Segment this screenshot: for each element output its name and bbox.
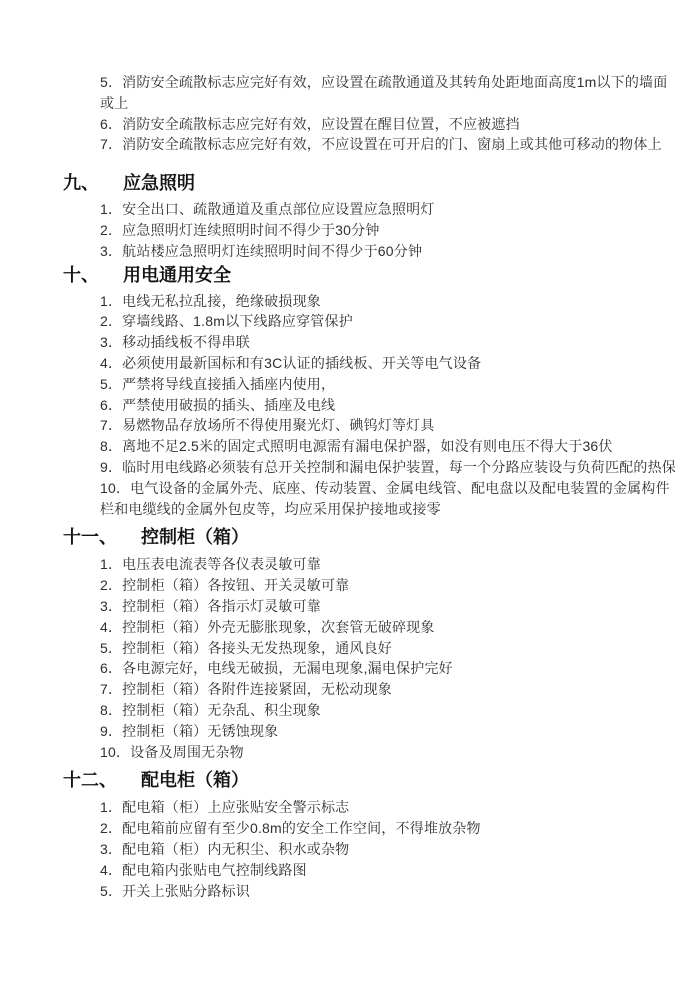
section-title: 配电柜（箱） xyxy=(141,770,249,790)
checklist-item: 8．控制柜（箱）无杂乱、积尘现象 xyxy=(100,700,680,721)
section-title: 控制柜（箱） xyxy=(141,527,249,547)
checklist-item: 9．控制柜（箱）无锈蚀现象 xyxy=(100,721,680,742)
checklist-item: 3．航站楼应急照明灯连续照明时间不得少于60分钟 xyxy=(100,241,680,262)
section-title: 应急照明 xyxy=(123,173,195,193)
document-page: 5．消防安全疏散标志应完好有效，应设置在疏散通道及其转角处距地面高度1m以下的墙… xyxy=(0,0,700,990)
checklist-item: 5．消防安全疏散标志应完好有效，应设置在疏散通道及其转角处距地面高度1m以下的墙… xyxy=(100,72,680,114)
section-number: 十、 xyxy=(63,264,99,286)
checklist-item: 7．控制柜（箱）各附件连接紧固，无松动现象 xyxy=(100,679,680,700)
section-items: 1．配电箱（柜）上应张贴安全警示标志 2．配电箱前应留有至少0.8m的安全工作空… xyxy=(63,797,685,901)
checklist-item: 1．电压表电流表等各仪表灵敏可靠 xyxy=(100,554,680,575)
checklist-item: 1．电线无私拉乱接，绝缘破损现象 xyxy=(100,291,680,312)
checklist-item: 1．配电箱（柜）上应张贴安全警示标志 xyxy=(100,797,680,818)
checklist-item: 4．配电箱内张贴电气控制线路图 xyxy=(100,860,680,881)
section-control-cabinet: 十一、控制柜（箱） 1．电压表电流表等各仪表灵敏可靠 2．控制柜（箱）各按钮、开… xyxy=(63,526,685,762)
section-items: 1．电压表电流表等各仪表灵敏可靠 2．控制柜（箱）各按钮、开关灵敏可靠 3．控制… xyxy=(63,554,685,762)
checklist-item: 3．配电箱（柜）内无积尘、积水或杂物 xyxy=(100,839,680,860)
checklist-item: 5．严禁将导线直接插入插座内使用， xyxy=(100,374,680,395)
section-general-electrical-safety: 十、用电通用安全 1．电线无私拉乱接，绝缘破损现象 2．穿墙线路、1.8m以下线… xyxy=(63,264,685,520)
section-heading: 十、用电通用安全 xyxy=(63,264,685,286)
section-number: 十二、 xyxy=(63,769,117,791)
section-items: 1．安全出口、疏散通道及重点部位应设置应急照明灯 2．应急照明灯连续照明时间不得… xyxy=(63,199,685,261)
checklist-item: 10．电气设备的金属外壳、底座、传动装置、金属电线管、配电盘以及配电装置的金属构… xyxy=(100,478,680,520)
checklist-item: 6．消防安全疏散标志应完好有效，应设置在醒目位置，不应被遮挡 xyxy=(100,114,680,135)
section-heading: 十一、控制柜（箱） xyxy=(63,526,685,548)
checklist-item: 2．配电箱前应留有至少0.8m的安全工作空间，不得堆放杂物 xyxy=(100,818,680,839)
checklist-item: 3．控制柜（箱）各指示灯灵敏可靠 xyxy=(100,596,680,617)
section-heading: 十二、配电柜（箱） xyxy=(63,769,685,791)
checklist-item: 9．临时用电线路必须装有总开关控制和漏电保护装置，每一个分路应装设与负荷匹配的热… xyxy=(100,457,680,478)
checklist-item: 10．设备及周围无杂物 xyxy=(100,742,680,763)
checklist-item: 4．控制柜（箱）外壳无膨胀现象，次套管无破碎现象 xyxy=(100,617,680,638)
checklist-item: 1．安全出口、疏散通道及重点部位应设置应急照明灯 xyxy=(100,199,680,220)
checklist-item: 4．必须使用最新国标和有3C认证的插线板、开关等电气设备 xyxy=(100,353,680,374)
section-items: 1．电线无私拉乱接，绝缘破损现象 2．穿墙线路、1.8m以下线路应穿管保护 3．… xyxy=(63,291,685,520)
checklist-item: 8．离地不足2.5米的固定式照明电源需有漏电保护器，如没有则电压不得大于36伏 xyxy=(100,436,680,457)
checklist-item: 6．严禁使用破损的插头、插座及电线 xyxy=(100,395,680,416)
checklist-item: 6．各电源完好，电线无破损，无漏电现象,漏电保护完好 xyxy=(100,658,680,679)
section-heading: 九、应急照明 xyxy=(63,172,685,194)
checklist-item: 7．易燃物品存放场所不得使用聚光灯、碘钨灯等灯具 xyxy=(100,415,680,436)
document-content: 5．消防安全疏散标志应完好有效，应设置在疏散通道及其转角处距地面高度1m以下的墙… xyxy=(0,0,700,901)
section-emergency-lighting: 九、应急照明 1．安全出口、疏散通道及重点部位应设置应急照明灯 2．应急照明灯连… xyxy=(63,172,685,261)
intro-checklist-items: 5．消防安全疏散标志应完好有效，应设置在疏散通道及其转角处距地面高度1m以下的墙… xyxy=(63,72,685,155)
checklist-item: 5．开关上张贴分路标识 xyxy=(100,881,680,902)
section-title: 用电通用安全 xyxy=(123,265,231,285)
checklist-item: 7．消防安全疏散标志应完好有效，不应设置在可开启的门、窗扇上或其他可移动的物体上 xyxy=(100,134,680,155)
checklist-item: 2．控制柜（箱）各按钮、开关灵敏可靠 xyxy=(100,575,680,596)
section-number: 九、 xyxy=(63,172,99,194)
checklist-item: 5．控制柜（箱）各接头无发热现象，通风良好 xyxy=(100,638,680,659)
checklist-item: 2．应急照明灯连续照明时间不得少于30分钟 xyxy=(100,220,680,241)
section-number: 十一、 xyxy=(63,526,117,548)
section-distribution-cabinet: 十二、配电柜（箱） 1．配电箱（柜）上应张贴安全警示标志 2．配电箱前应留有至少… xyxy=(63,769,685,901)
checklist-item: 2．穿墙线路、1.8m以下线路应穿管保护 xyxy=(100,311,680,332)
checklist-item: 3．移动插线板不得串联 xyxy=(100,332,680,353)
